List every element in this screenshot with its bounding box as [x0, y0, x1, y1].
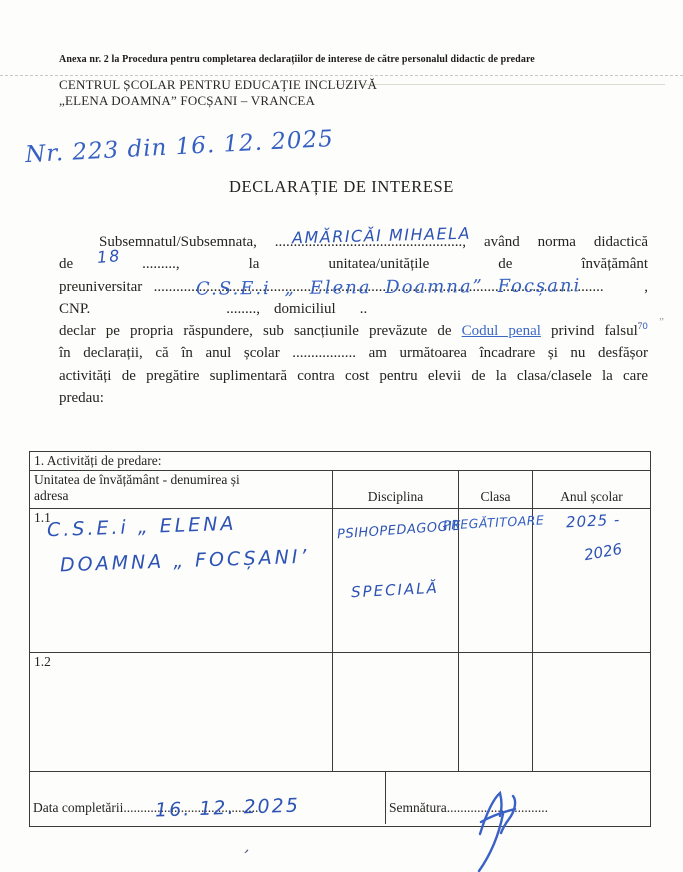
- table-header-row: Unitatea de învățământ - denumirea și ad…: [30, 471, 650, 509]
- line5-before: declar pe propria răspundere, sub sancți…: [59, 323, 452, 339]
- paragraph-line-8: predau:: [59, 387, 648, 409]
- line3-comma: ,: [644, 276, 648, 298]
- activities-table: 1. Activități de predare: Unitatea de în…: [29, 451, 651, 827]
- row-1-2-label-cell: 1.2: [30, 653, 333, 771]
- ink-superscript-mark: 0: [642, 322, 648, 332]
- line2-dotted-blank: .........,: [142, 256, 180, 272]
- line2-word: învățământ: [581, 256, 648, 272]
- school-unit-handwriting: C.S.E.i „ Elena Doamna” Focșani: [196, 275, 581, 299]
- cnp-dotted-blank: ........,: [226, 298, 260, 320]
- paragraph-line-5: declar pe propria răspundere, sub sancți…: [59, 320, 648, 342]
- codul-penal-link[interactable]: Codul penal: [462, 323, 541, 339]
- line2-word: la: [249, 256, 260, 272]
- table-cell-discipline-2: [333, 653, 459, 771]
- cnp-label: CNP.: [59, 298, 90, 320]
- paragraph-line-2: de ........., la unitatea/unitățile de î…: [59, 253, 648, 275]
- signature-label: Semnătura: [389, 800, 447, 816]
- completion-date-label: Data completării: [33, 800, 123, 816]
- paragraph-line-4: CNP.........,domiciliul..: [59, 298, 648, 320]
- table-section-title: 1. Activități de predare:: [30, 452, 650, 471]
- ink-stray-mark: ’: [241, 846, 250, 866]
- header-cell-discipline: Disciplina: [333, 471, 459, 508]
- line3-label: preuniversitar: [59, 276, 142, 298]
- header-cell-school-year: Anul școlar: [533, 471, 650, 508]
- document-title: DECLARAȚIE DE INTERESE: [0, 177, 683, 197]
- domiciliul-label: domiciliul: [274, 298, 336, 320]
- table-row-1-2: 1.2: [30, 653, 650, 772]
- paragraph-line-6: în declarații, că în anul școlar .......…: [59, 342, 648, 364]
- school-name-line1: CENTRUL ȘCOLAR PENTRU EDUCAȚIE INCLUZIVĂ: [59, 77, 377, 93]
- table-footer-row: Data completării........................…: [30, 772, 650, 824]
- header-unit-line1: Unitatea de învățământ - denumirea și: [34, 472, 328, 488]
- line2-word: de: [59, 256, 73, 272]
- table-cell-year: [533, 509, 650, 652]
- declaration-paragraph: Subsemnatul/Subsemnata, ................…: [59, 231, 648, 409]
- paragraph-line-7: activități de pregătire suplimentară con…: [59, 365, 648, 387]
- line2-word: unitatea/unitățile: [328, 256, 429, 272]
- table-cell-year-2: [533, 653, 650, 771]
- anexa-note: Anexa nr. 2 la Procedura pentru completa…: [59, 54, 649, 65]
- line1-after: având norma didactică: [484, 234, 648, 250]
- scan-artifact-line: [0, 75, 683, 76]
- school-year-handwriting-line1: 2025 -: [566, 511, 621, 532]
- row-1-2-label: 1.2: [34, 654, 51, 669]
- line1-before: Subsemnatul/Subsemnata,: [99, 234, 257, 250]
- line5-after: privind falsul: [551, 323, 638, 339]
- scanned-declaration-page: Anexa nr. 2 la Procedura pentru completa…: [0, 0, 683, 872]
- line2-word: de: [498, 256, 512, 272]
- registration-number-handwriting: Nr. 223 din 16. 12. 2025: [25, 126, 335, 168]
- header-cell-unit: Unitatea de învățământ - denumirea și ad…: [30, 471, 333, 508]
- teaching-norm-handwriting: 18: [96, 246, 122, 267]
- domiciliul-dotted-blank: ..: [360, 298, 368, 320]
- header-unit-line2: adresa: [34, 488, 328, 504]
- school-name-line2: „ELENA DOAMNA” FOCȘANI – VRANCEA: [59, 93, 377, 109]
- header-cell-class: Clasa: [459, 471, 533, 508]
- signature-icon: [468, 788, 530, 872]
- scan-artifact-line-2: [335, 84, 665, 85]
- school-name: CENTRUL ȘCOLAR PENTRU EDUCAȚIE INCLUZIVĂ…: [59, 77, 377, 108]
- scan-artifact-quote: ”: [659, 316, 664, 328]
- table-cell-class-2: [459, 653, 533, 771]
